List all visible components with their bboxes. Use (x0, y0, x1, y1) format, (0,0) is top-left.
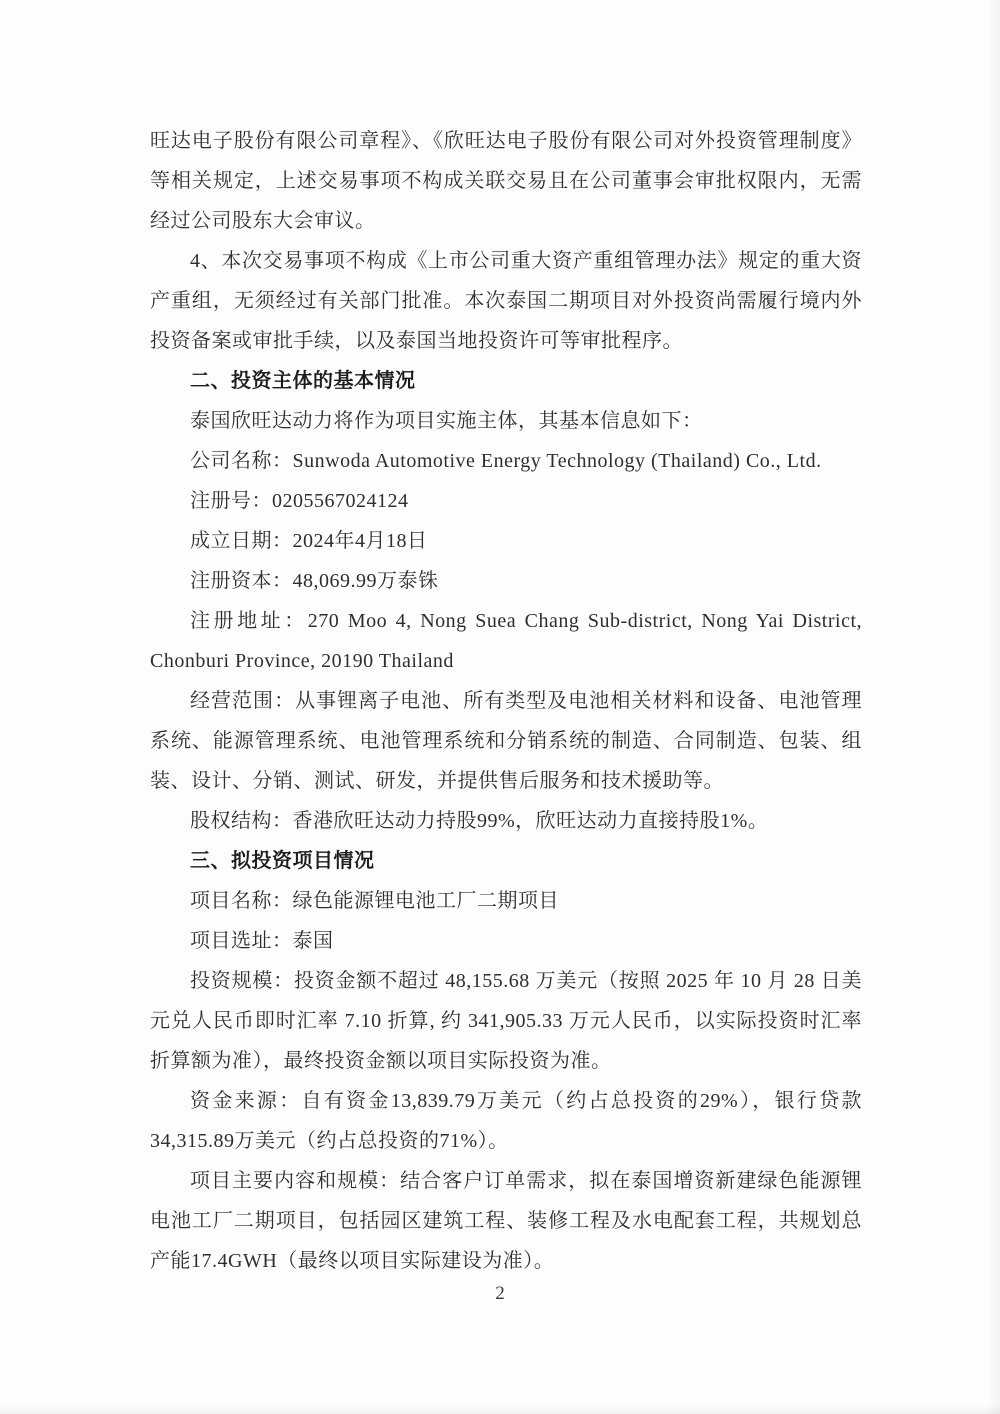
paragraph: 注册号：0205567024124 (150, 481, 862, 521)
paragraph: 股权结构：香港欣旺达动力持股99%，欣旺达动力直接持股1%。 (150, 801, 862, 841)
paragraph: 经营范围：从事锂离子电池、所有类型及电池相关材料和设备、电池管理系统、能源管理系… (150, 681, 862, 801)
document-content: 旺达电子股份有限公司章程》、《欣旺达电子股份有限公司对外投资管理制度》等相关规定… (150, 121, 862, 1281)
paragraph: 资金来源：自有资金13,839.79万美元（约占总投资的29%），银行贷款34,… (150, 1081, 862, 1161)
paragraph: 投资规模：投资金额不超过 48,155.68 万美元（按照 2025 年 10 … (150, 961, 862, 1081)
paragraph: 泰国欣旺达动力将作为项目实施主体，其基本信息如下： (150, 401, 862, 441)
page-number: 2 (495, 1283, 505, 1304)
paragraph: 旺达电子股份有限公司章程》、《欣旺达电子股份有限公司对外投资管理制度》等相关规定… (150, 121, 862, 241)
paragraph: 项目选址：泰国 (150, 921, 862, 961)
page-footer: 2 (0, 1282, 1000, 1306)
paragraph: 注册资本：48,069.99万泰铢 (150, 561, 862, 601)
document-page: 旺达电子股份有限公司章程》、《欣旺达电子股份有限公司对外投资管理制度》等相关规定… (0, 0, 1000, 1414)
section-heading: 三、拟投资项目情况 (150, 841, 862, 881)
paragraph: 注册地址：270 Moo 4, Nong Suea Chang Sub-dist… (150, 601, 862, 681)
section-heading: 二、投资主体的基本情况 (150, 361, 862, 401)
paragraph: 项目名称：绿色能源锂电池工厂二期项目 (150, 881, 862, 921)
paragraph: 成立日期：2024年4月18日 (150, 521, 862, 561)
paragraph: 4、本次交易事项不构成《上市公司重大资产重组管理办法》规定的重大资产重组，无须经… (150, 241, 862, 361)
paragraph: 项目主要内容和规模：结合客户订单需求，拟在泰国增资新建绿色能源锂电池工厂二期项目… (150, 1161, 862, 1281)
paragraph: 公司名称：Sunwoda Automotive Energy Technolog… (150, 441, 862, 481)
